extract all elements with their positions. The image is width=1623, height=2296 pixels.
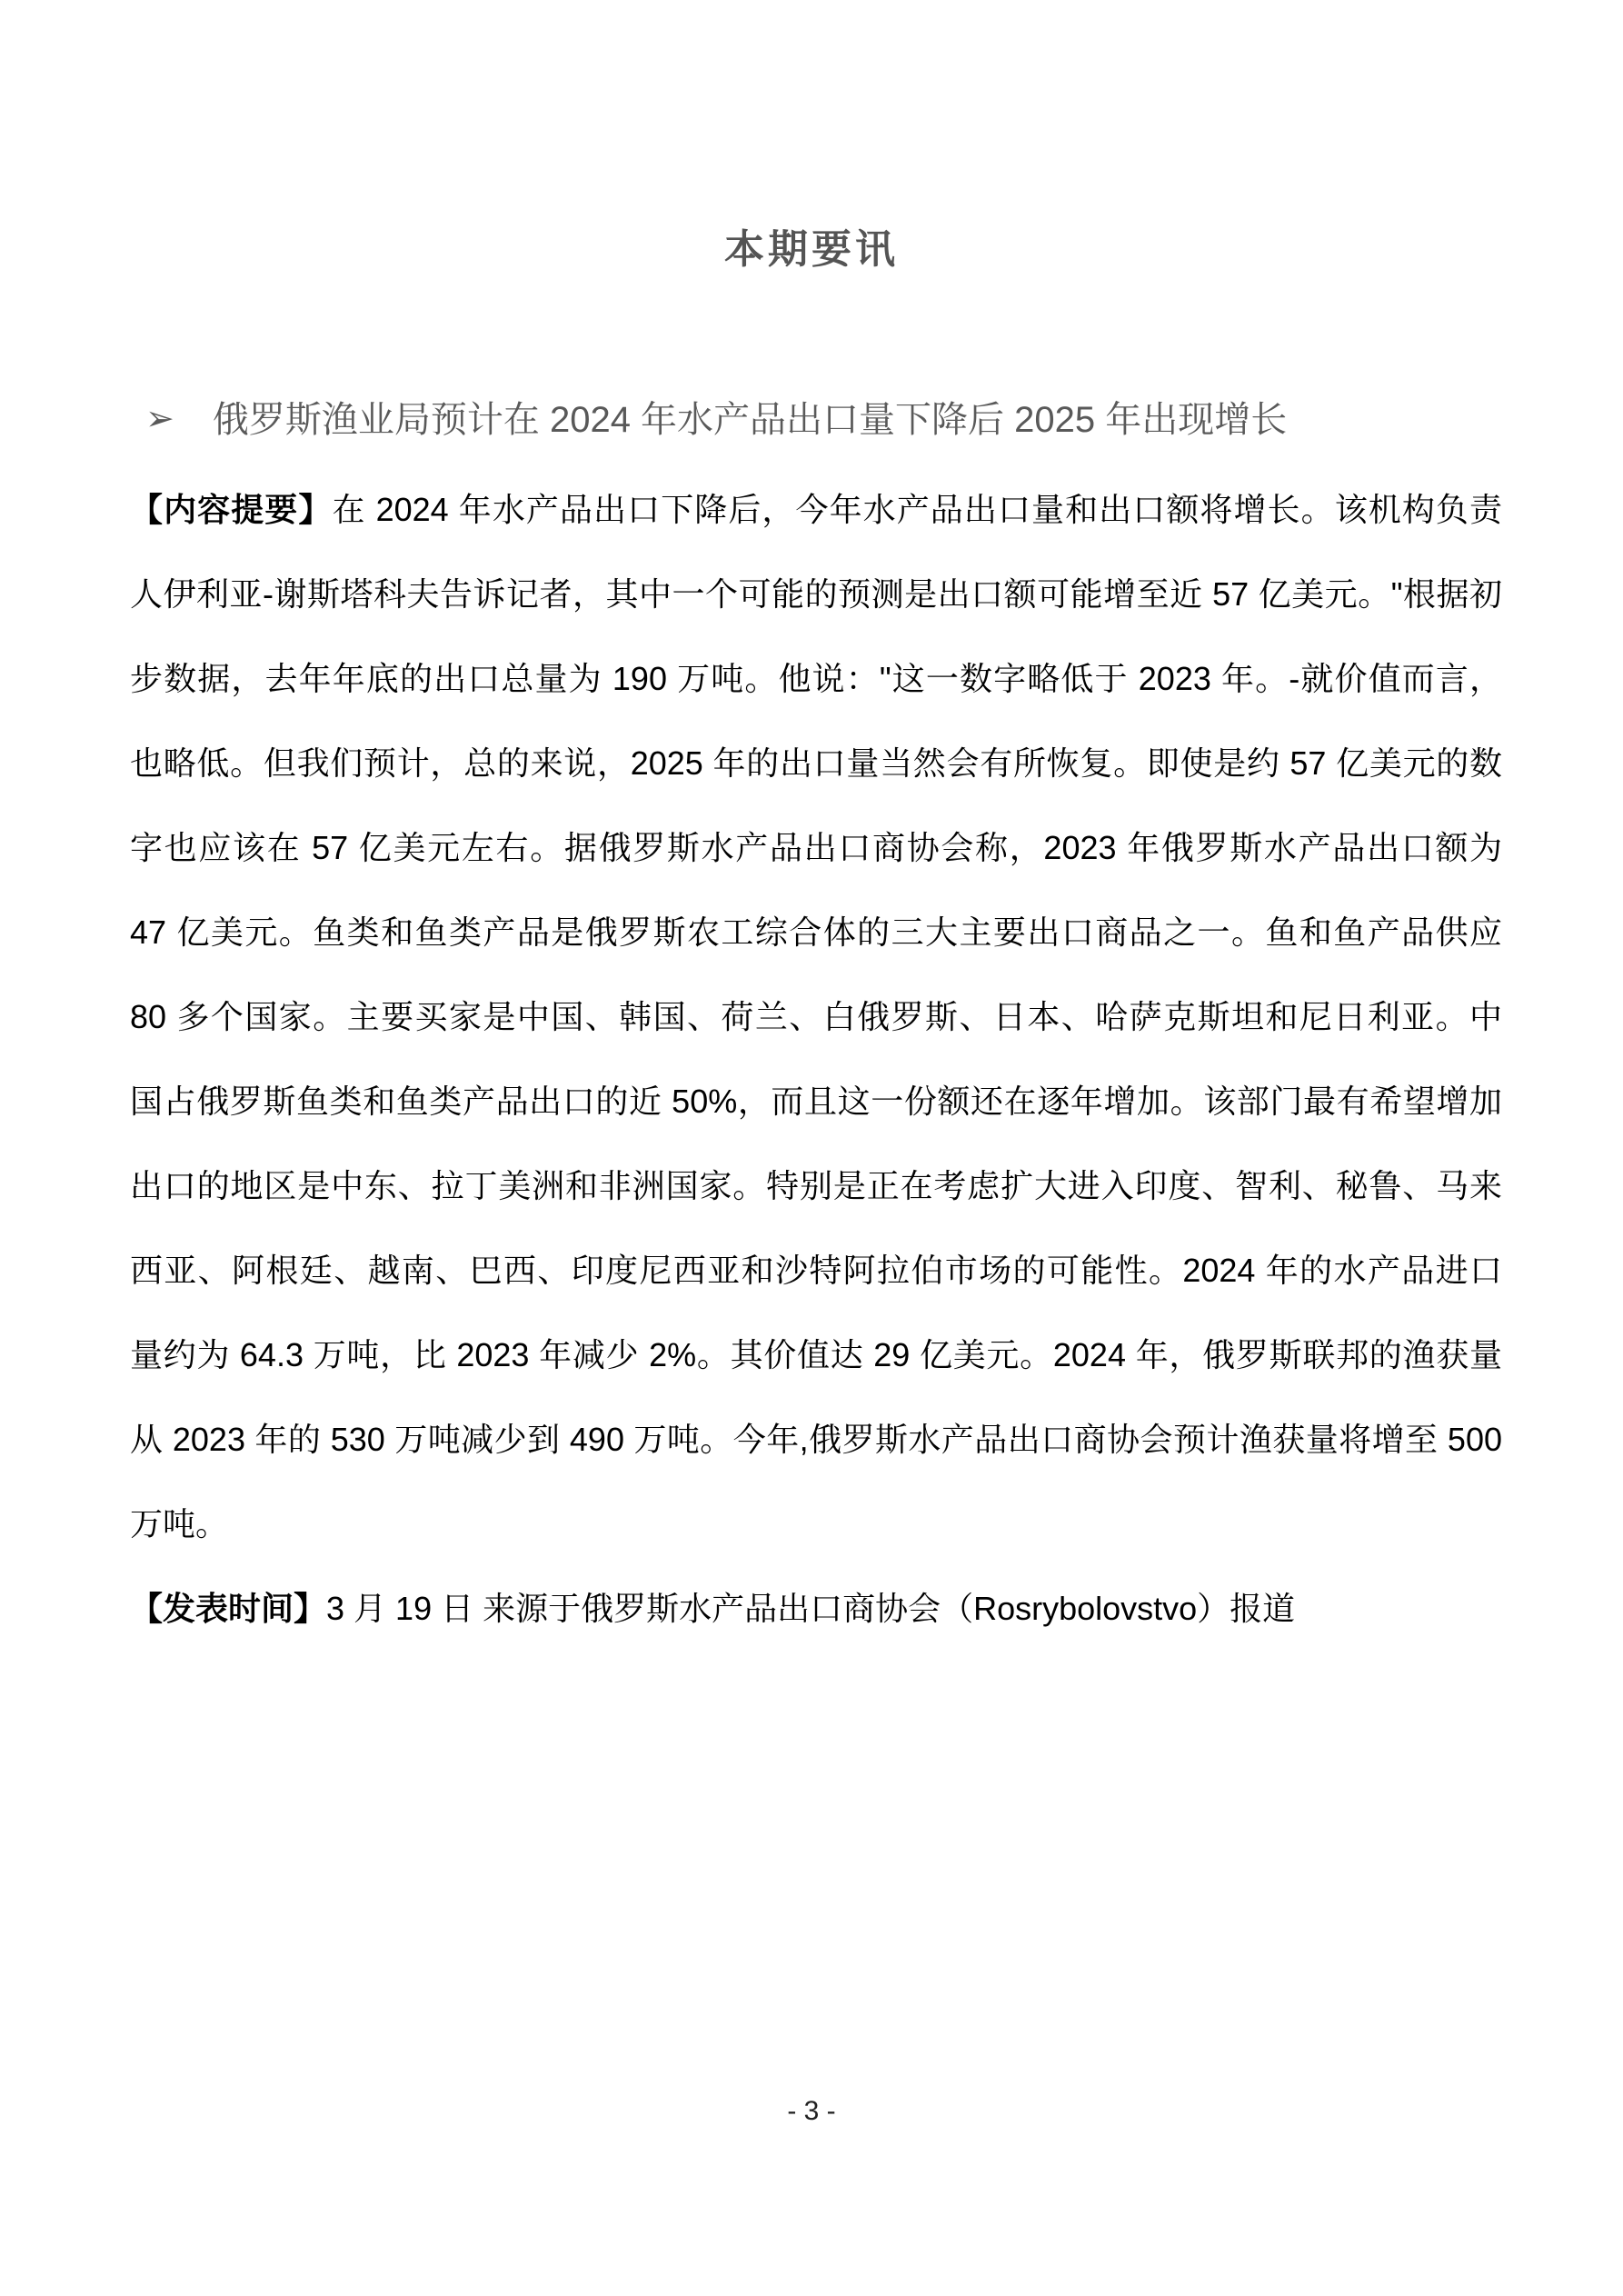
summary-line: 从 2023 年的 530 万吨减少到 490 万吨。今年,俄罗斯水产品出口商协… [130, 1397, 1502, 1482]
summary-line: 【内容提要】在 2024 年水产品出口下降后，今年水产品出口量和出口额将增长。该… [130, 467, 1502, 552]
page-title: 本期要讯 [0, 216, 1623, 275]
page-number: - 3 - [0, 2096, 1623, 2127]
arrow-bullet-icon: ➢ [145, 398, 174, 439]
summary-paragraph: 【内容提要】在 2024 年水产品出口下降后，今年水产品出口量和出口额将增长。该… [130, 467, 1502, 1566]
summary-line: 80 多个国家。主要买家是中国、韩国、荷兰、白俄罗斯、日本、哈萨克斯坦和尼日利亚… [130, 974, 1502, 1059]
summary-line: 出口的地区是中东、拉丁美洲和非洲国家。特别是正在考虑扩大进入印度、智利、秘鲁、马… [130, 1143, 1502, 1228]
publish-date-label: 【发表时间】 [130, 1590, 326, 1627]
summary-line: 万吨。 [130, 1482, 1502, 1566]
summary-line: 步数据，去年年底的出口总量为 190 万吨。他说："这一数字略低于 2023 年… [130, 636, 1502, 721]
summary-line-text: 在 2024 年水产品出口下降后，今年水产品出口量和出口额将增长。该机构负责 [332, 491, 1502, 528]
document-page: 本期要讯 ➢俄罗斯渔业局预计在 2024 年水产品出口量下降后 2025 年出现… [0, 0, 1623, 2296]
summary-line: 字也应该在 57 亿美元左右。据俄罗斯水产品出口商协会称，2023 年俄罗斯水产… [130, 805, 1502, 890]
summary-line: 国占俄罗斯鱼类和鱼类产品出口的近 50%，而且这一份额还在逐年增加。该部门最有希… [130, 1059, 1502, 1143]
summary-line: 人伊利亚-谢斯塔科夫告诉记者，其中一个可能的预测是出口额可能增至近 57 亿美元… [130, 552, 1502, 636]
publish-date-line: 【发表时间】3 月 19 日 来源于俄罗斯水产品出口商协会（Rosrybolov… [130, 1566, 1502, 1651]
summary-line: 量约为 64.3 万吨，比 2023 年减少 2%。其价值达 29 亿美元。20… [130, 1313, 1502, 1397]
summary-line: 也略低。但我们预计，总的来说，2025 年的出口量当然会有所恢复。即使是约 57… [130, 721, 1502, 805]
summary-line: 47 亿美元。鱼类和鱼类产品是俄罗斯农工综合体的三大主要出口商品之一。鱼和鱼产品… [130, 890, 1502, 974]
summary-label: 【内容提要】 [130, 491, 332, 528]
publish-date-text: 3 月 19 日 来源于俄罗斯水产品出口商协会（Rosrybolovstvo）报… [326, 1590, 1295, 1627]
summary-line: 西亚、阿根廷、越南、巴西、印度尼西亚和沙特阿拉伯市场的可能性。2024 年的水产… [130, 1228, 1502, 1313]
news-headline: ➢俄罗斯渔业局预计在 2024 年水产品出口量下降后 2025 年出现增长 [145, 391, 1518, 443]
headline-text: 俄罗斯渔业局预计在 2024 年水产品出口量下降后 2025 年出现增长 [213, 400, 1287, 440]
